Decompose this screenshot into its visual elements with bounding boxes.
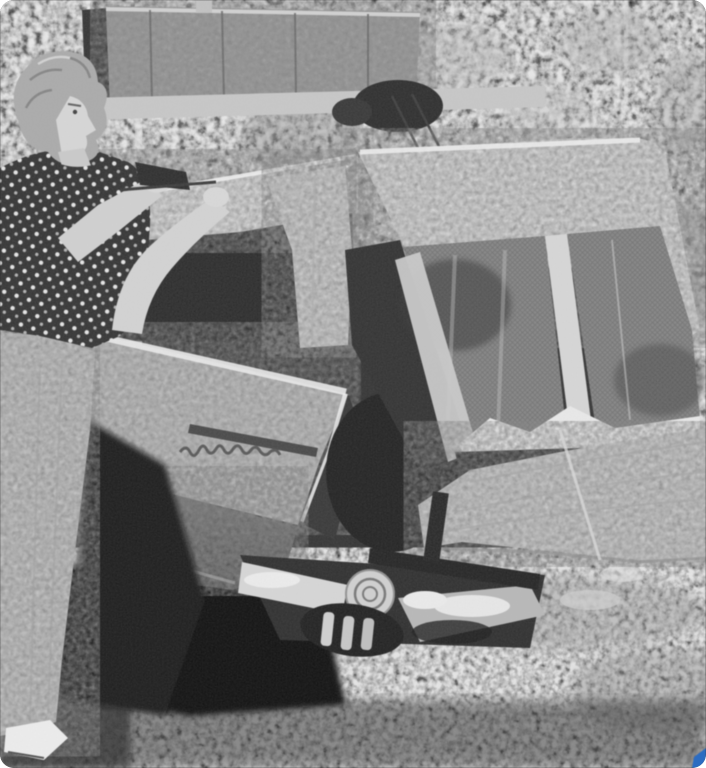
photo-canvas xyxy=(0,0,706,768)
film-grain-overlay xyxy=(0,0,706,768)
page xyxy=(0,0,706,768)
vintage-photo xyxy=(0,0,706,768)
